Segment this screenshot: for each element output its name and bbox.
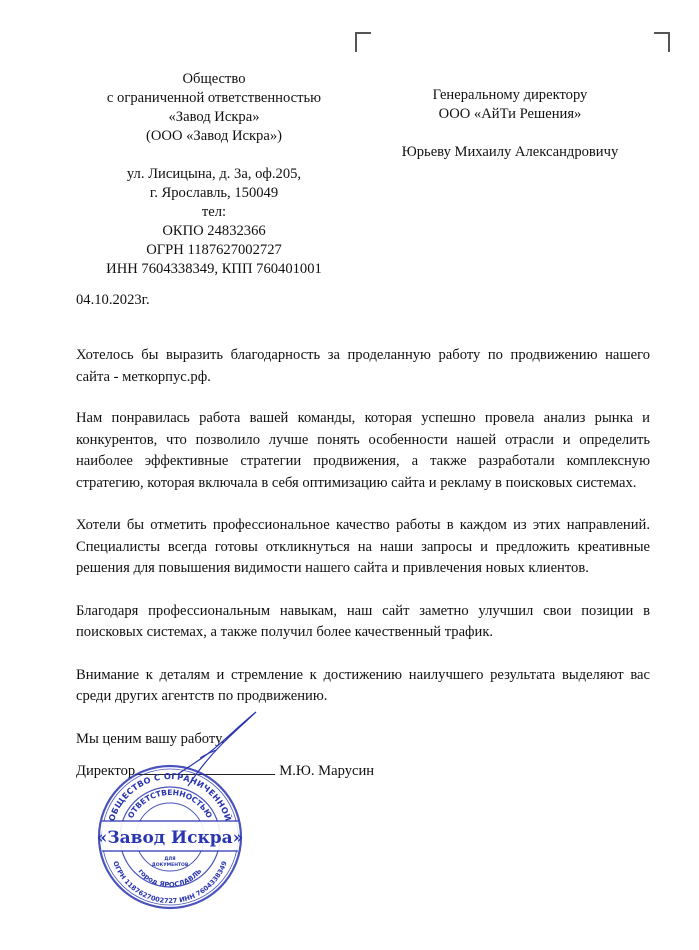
signer-name: М.Ю. Марусин (279, 763, 374, 780)
sender-line: Общество (84, 70, 344, 89)
recipient-position: Генеральному директору (380, 86, 640, 105)
svg-text:ОТВЕТСТВЕННОСТЬЮ: ОТВЕТСТВЕННОСТЬЮ (126, 788, 214, 820)
recipient-block: Генеральному директору ООО «АйТи Решения… (380, 86, 640, 162)
closing-line: Мы ценим вашу работу. (76, 729, 650, 751)
svg-text:ДОКУМЕНТОВ: ДОКУМЕНТОВ (152, 862, 189, 868)
sender-ogrn: ОГРН 1187627002727 (84, 241, 344, 260)
sender-phone: тел: (84, 203, 344, 222)
sender-address-street: ул. Лисицына, д. 3а, оф.205, (84, 165, 344, 184)
corner-mark-left (355, 32, 371, 52)
sender-line: «Завод Искра» (84, 108, 344, 127)
paragraph: Благодаря профессиональным навыкам, наш … (76, 601, 650, 644)
spacer (84, 146, 344, 165)
sender-address-city: г. Ярославль, 150049 (84, 184, 344, 203)
corner-mark-right (654, 32, 670, 52)
spacer (380, 124, 640, 143)
sender-line: с ограниченной ответственностью (84, 89, 344, 108)
recipient-company: ООО «АйТи Решения» (380, 105, 640, 124)
paragraph: Хотелось бы выразить благодарность за пр… (76, 345, 650, 388)
letter-body: Хотелось бы выразить благодарность за пр… (76, 345, 650, 771)
sender-inn-kpp: ИНН 7604338349, КПП 760401001 (84, 260, 344, 279)
recipient-name: Юрьеву Михаилу Александровичу (380, 143, 640, 162)
letter-date: 04.10.2023г. (76, 292, 150, 309)
sender-block: Общество с ограниченной ответственностью… (84, 70, 344, 279)
paragraph: Хотели бы отметить профессиональное каче… (76, 515, 650, 580)
paragraph: Нам понравилась работа вашей команды, ко… (76, 408, 650, 494)
paragraph: Внимание к деталям и стремление к достиж… (76, 665, 650, 708)
sender-line: (ООО «Завод Искра») (84, 127, 344, 146)
svg-text:ДЛЯ: ДЛЯ (164, 856, 176, 862)
svg-text:«Завод Искра»: «Завод Искра» (97, 828, 244, 848)
company-seal-icon: ОБЩЕСТВО С ОГРАНИЧЕННОЙ ОТВЕТСТВЕННОСТЬЮ… (96, 763, 244, 911)
sender-okpo: ОКПО 24832366 (84, 222, 344, 241)
